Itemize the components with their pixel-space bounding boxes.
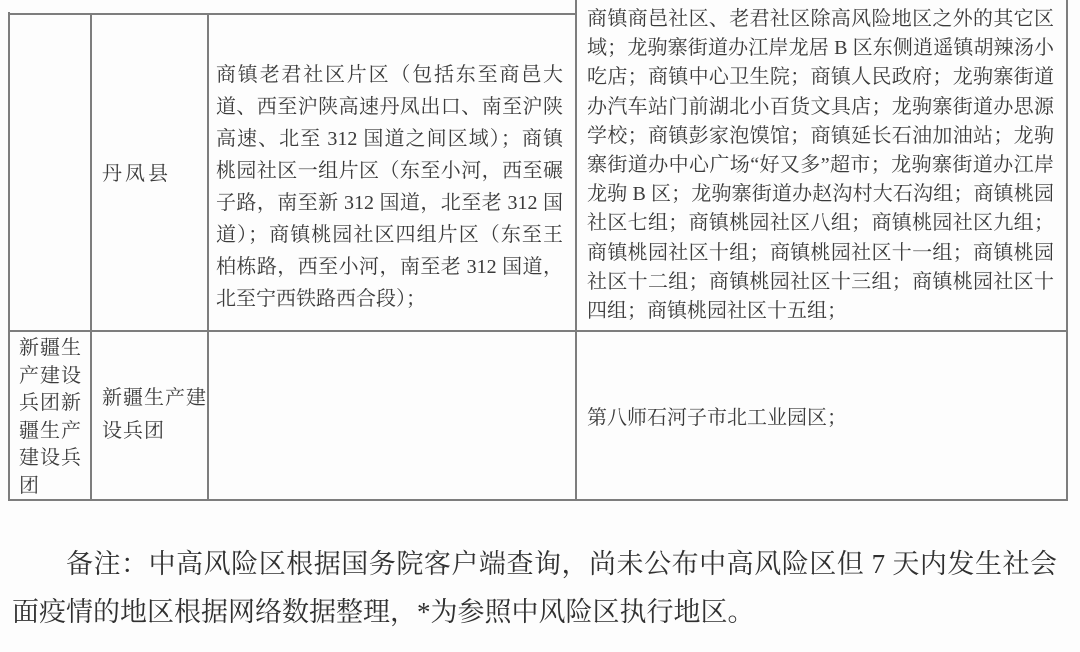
document-page: 丹凤县 商镇老君社区片区（包括东至商邑大道、西至沪陕高速丹凤出口、南至沪陕高速、… <box>0 0 1080 652</box>
medium-risk-areas-text: 第八师石河子市北工业园区； <box>587 401 847 430</box>
table-border-bottom <box>8 499 1068 501</box>
footnote: 备注：中高风险区根据国务院客户端查询，尚未公布中高风险区但 7 天内发生社会面疫… <box>12 540 1057 636</box>
table-cell-row2-province: 新疆生产建设兵团新疆生产建设兵团 <box>10 331 90 499</box>
table-cell-row2-medium-risk-areas: 第八师石河子市北工业园区； <box>577 331 1066 499</box>
risk-area-table: 丹凤县 商镇老君社区片区（包括东至商邑大道、西至沪陕高速丹凤出口、南至沪陕高速、… <box>8 0 1068 501</box>
table-border-right <box>1066 0 1068 501</box>
table-cell-row1-high-risk-areas: 商镇老君社区片区（包括东至商邑大道、西至沪陕高速丹凤出口、南至沪陕高速、北至 3… <box>209 13 575 330</box>
county-label: 新疆生产建设兵团 <box>102 382 207 448</box>
table-cell-row1-medium-risk-areas: 商镇商邑社区、老君社区除高风险地区之外的其它区域；龙驹寨街道办江岸龙居 B 区东… <box>577 0 1066 330</box>
table-cell-row1-province <box>10 15 90 330</box>
table-cell-row1-county: 丹凤县 <box>92 13 207 330</box>
table-cell-row2-county: 新疆生产建设兵团 <box>92 331 207 499</box>
table-cell-row2-high-risk-areas <box>209 331 575 499</box>
county-label: 丹凤县 <box>102 157 171 186</box>
